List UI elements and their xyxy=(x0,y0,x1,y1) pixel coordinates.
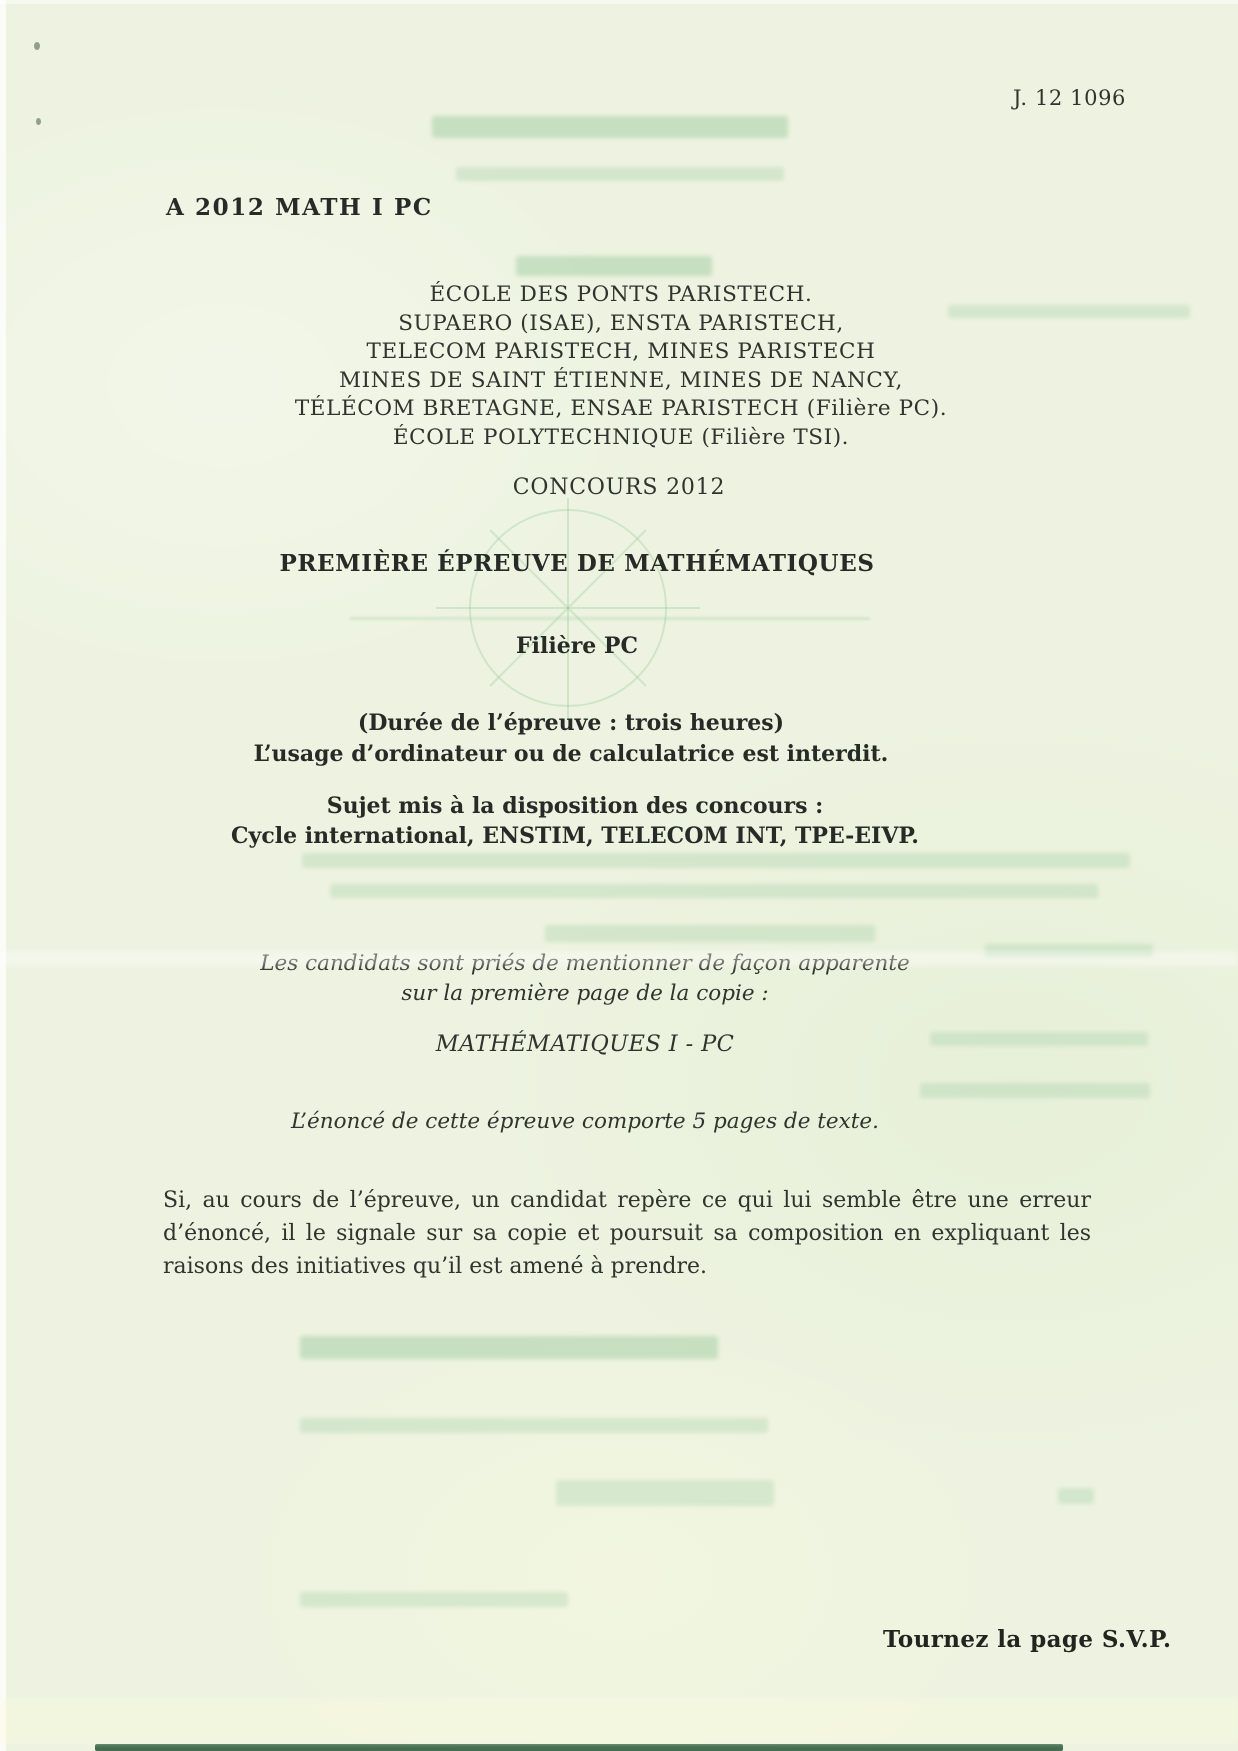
bleed-through-ghost xyxy=(920,1083,1150,1098)
school-line: ÉCOLE DES PONTS PARISTECH. xyxy=(2,281,1238,310)
bleed-through-ghost xyxy=(456,167,784,181)
exam-code: A 2012 MATH I PC xyxy=(166,194,433,221)
scanned-exam-cover-page: J. 12 1096 A 2012 MATH I PC ÉCOLE DES PO… xyxy=(0,0,1238,1751)
bleed-through-ghost xyxy=(516,256,712,276)
availability-list: Cycle international, ENSTIM, TELECOM INT… xyxy=(0,821,1194,851)
turn-page-note: Tournez la page S.V.P. xyxy=(883,1626,1171,1653)
scan-edge-left xyxy=(0,0,6,1751)
paper-speck xyxy=(36,118,41,125)
scan-bottom-fade xyxy=(0,1698,1238,1744)
duration-block: (Durée de l’épreuve : trois heures) L’us… xyxy=(0,708,1190,770)
exam-title: PREMIÈRE ÉPREUVE DE MATHÉMATIQUES xyxy=(0,550,1196,577)
bleed-through-ghost xyxy=(1058,1488,1094,1504)
contest-name: CONCOURS 2012 xyxy=(0,475,1238,500)
school-line: TELECOM PARISTECH, MINES PARISTECH xyxy=(2,338,1238,367)
bleed-through-ghost xyxy=(350,617,870,620)
availability-block: Sujet mis à la disposition des concours … xyxy=(0,791,1194,851)
bleed-through-ghost xyxy=(300,1336,718,1359)
school-line: MINES DE SAINT ÉTIENNE, MINES DE NANCY, xyxy=(2,367,1238,396)
bleed-through-ghost xyxy=(300,1418,768,1433)
availability-heading: Sujet mis à la disposition des concours … xyxy=(0,791,1194,821)
scan-fold-band xyxy=(0,951,1238,966)
bottom-green-bar xyxy=(95,1744,1063,1751)
scan-edge-top xyxy=(0,0,1238,4)
schools-list: ÉCOLE DES PONTS PARISTECH. SUPAERO (ISAE… xyxy=(2,281,1238,452)
bleed-through-ghost xyxy=(432,116,788,138)
school-line: ÉCOLE POLYTECHNIQUE (Filière TSI). xyxy=(2,424,1238,453)
school-line: SUPAERO (ISAE), ENSTA PARISTECH, xyxy=(2,310,1238,339)
bleed-through-ghost xyxy=(302,853,1130,868)
length-note: L’énoncé de cette épreuve comporte 5 pag… xyxy=(0,1109,1204,1134)
school-line: TÉLÉCOM BRETAGNE, ENSAE PARISTECH (Filiè… xyxy=(2,395,1238,424)
paper-speck xyxy=(34,42,40,50)
bleed-through-ghost xyxy=(330,884,1098,898)
bleed-through-ghost xyxy=(545,925,875,942)
track-label: Filière PC xyxy=(0,633,1196,659)
bleed-through-ghost xyxy=(300,1592,568,1607)
erratum-paragraph: Si, au cours de l’épreuve, un candidat r… xyxy=(163,1184,1091,1283)
bleed-through-circle-figure xyxy=(428,478,708,738)
duration-line: (Durée de l’épreuve : trois heures) xyxy=(0,708,1190,739)
paper-label: MATHÉMATIQUES I - PC xyxy=(0,1031,1204,1057)
no-calculator-line: L’usage d’ordinateur ou de calculatrice … xyxy=(0,739,1190,770)
reference-number: J. 12 1096 xyxy=(1013,86,1126,110)
notice-line: sur la première page de la copie : xyxy=(0,979,1204,1009)
bleed-through-ghost xyxy=(556,1480,774,1506)
